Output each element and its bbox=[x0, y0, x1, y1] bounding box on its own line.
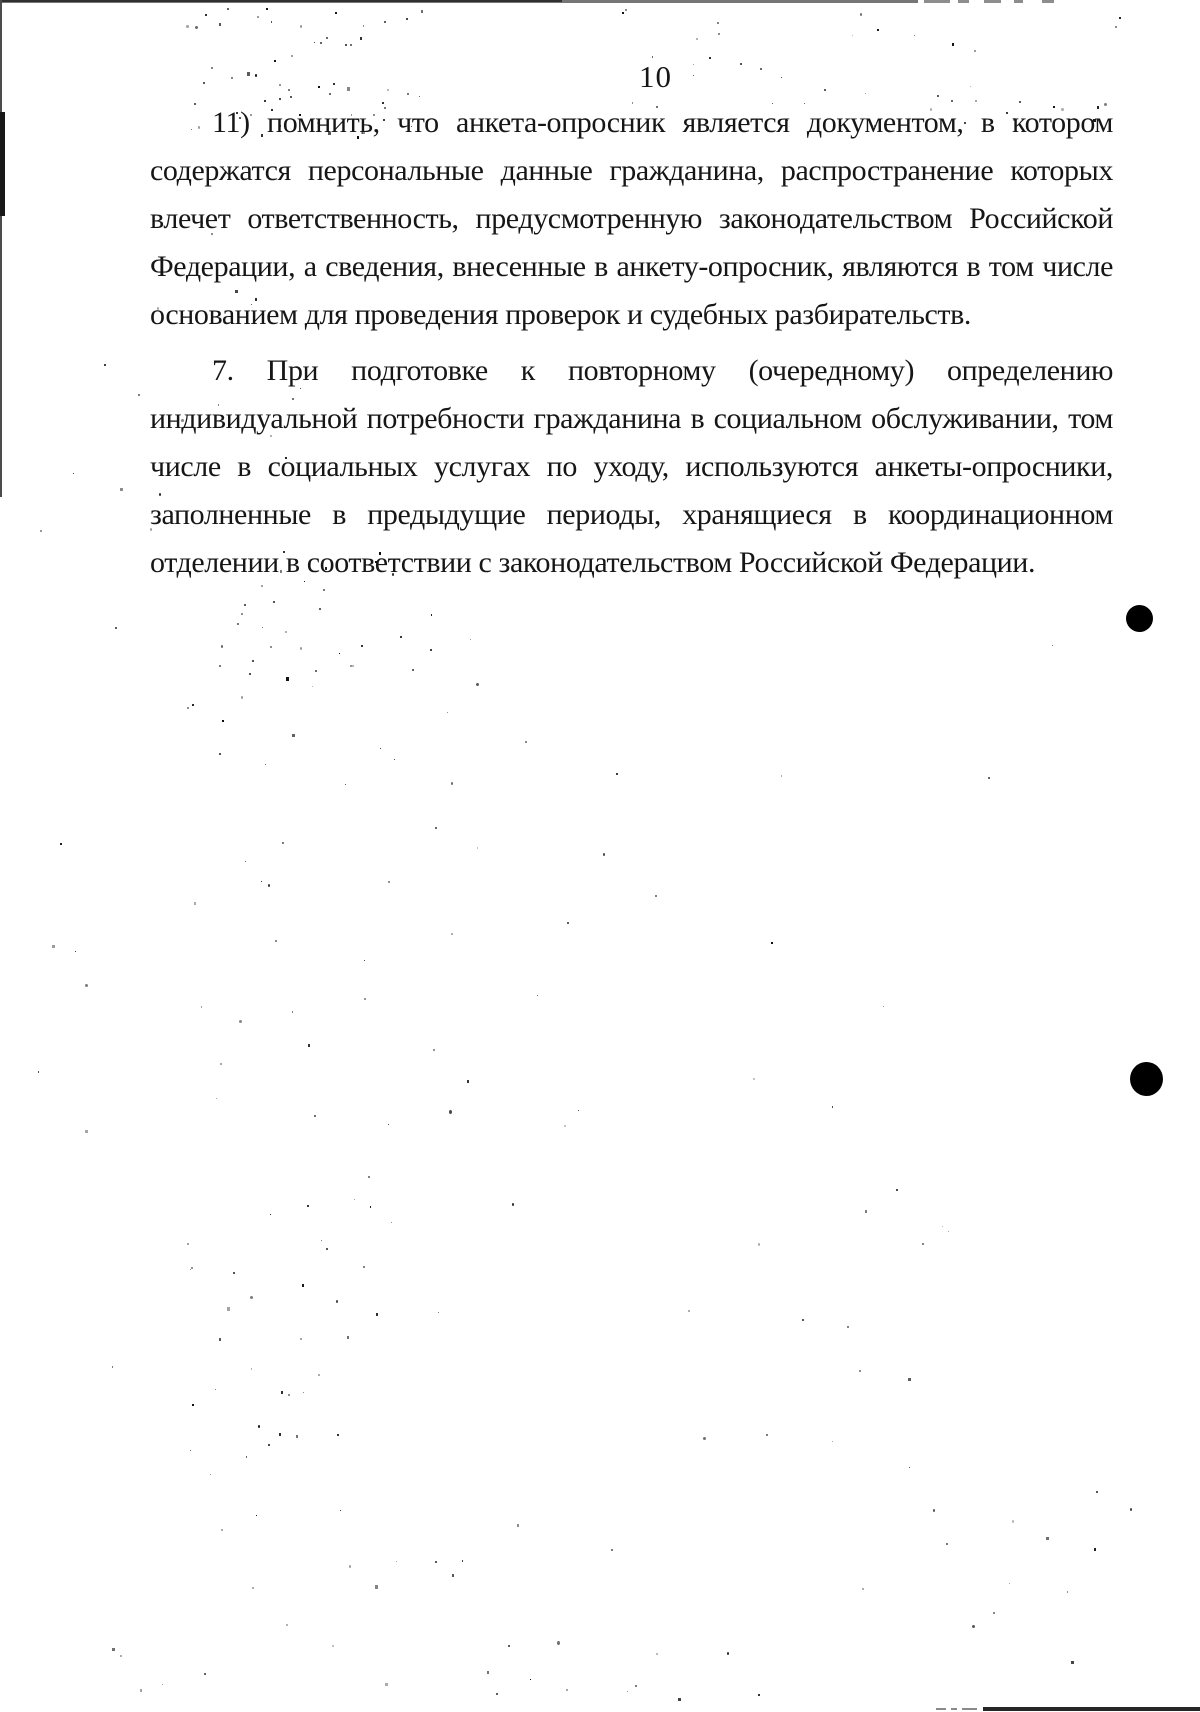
scan-edge-bottom-dash bbox=[962, 1708, 977, 1710]
page-number: 10 bbox=[150, 61, 1137, 92]
scan-edge-top-dash bbox=[984, 0, 1001, 3]
text-line: отделении в соответствии с законодательс… bbox=[150, 539, 1113, 587]
scanned-page: 10 11) помнить, что анкета-опросник явля… bbox=[0, 0, 1200, 1712]
scan-edge-top-dash bbox=[1014, 0, 1023, 3]
scan-edge-top-line-dark bbox=[0, 0, 562, 2]
document-text: 11) помнить, что анкета-опросник являетс… bbox=[150, 99, 1113, 587]
scan-edge-top-dash bbox=[924, 0, 950, 3]
paragraph-7: 7. При подготовке к повторному (очередно… bbox=[150, 347, 1113, 587]
text-line: 7. При подготовке к повторному (очередно… bbox=[150, 347, 1113, 395]
hole-punch-dot-bottom bbox=[1130, 1062, 1163, 1096]
scan-edge-top-dash bbox=[958, 0, 969, 3]
text-line: числе в социальных услугах по уходу, исп… bbox=[150, 443, 1113, 491]
text-line: индивидуальной потребности гражданина в … bbox=[150, 395, 1113, 443]
text-line: 11) помнить, что анкета-опросник являетс… bbox=[150, 99, 1113, 147]
scan-edge-bottom-line bbox=[983, 1707, 1200, 1711]
text-line: заполненные в предыдущие периоды, хранящ… bbox=[150, 491, 1113, 539]
hole-punch-dot-top bbox=[1126, 605, 1153, 632]
text-line: Федерации, а сведения, внесенные в анкет… bbox=[150, 243, 1113, 291]
text-line: основанием для проведения проверок и суд… bbox=[150, 291, 1113, 339]
scan-edge-bottom-dash bbox=[951, 1708, 957, 1710]
text-line: содержатся персональные данные гражданин… bbox=[150, 147, 1113, 195]
scan-edge-left-mark bbox=[0, 112, 5, 216]
paragraph-11: 11) помнить, что анкета-опросник являетс… bbox=[150, 99, 1113, 339]
scan-edge-top-dash bbox=[1042, 0, 1054, 3]
text-line: влечет ответственность, предусмотренную … bbox=[150, 195, 1113, 243]
scan-edge-bottom-dash bbox=[936, 1708, 946, 1710]
scan-edge-left-line bbox=[0, 0, 2, 497]
